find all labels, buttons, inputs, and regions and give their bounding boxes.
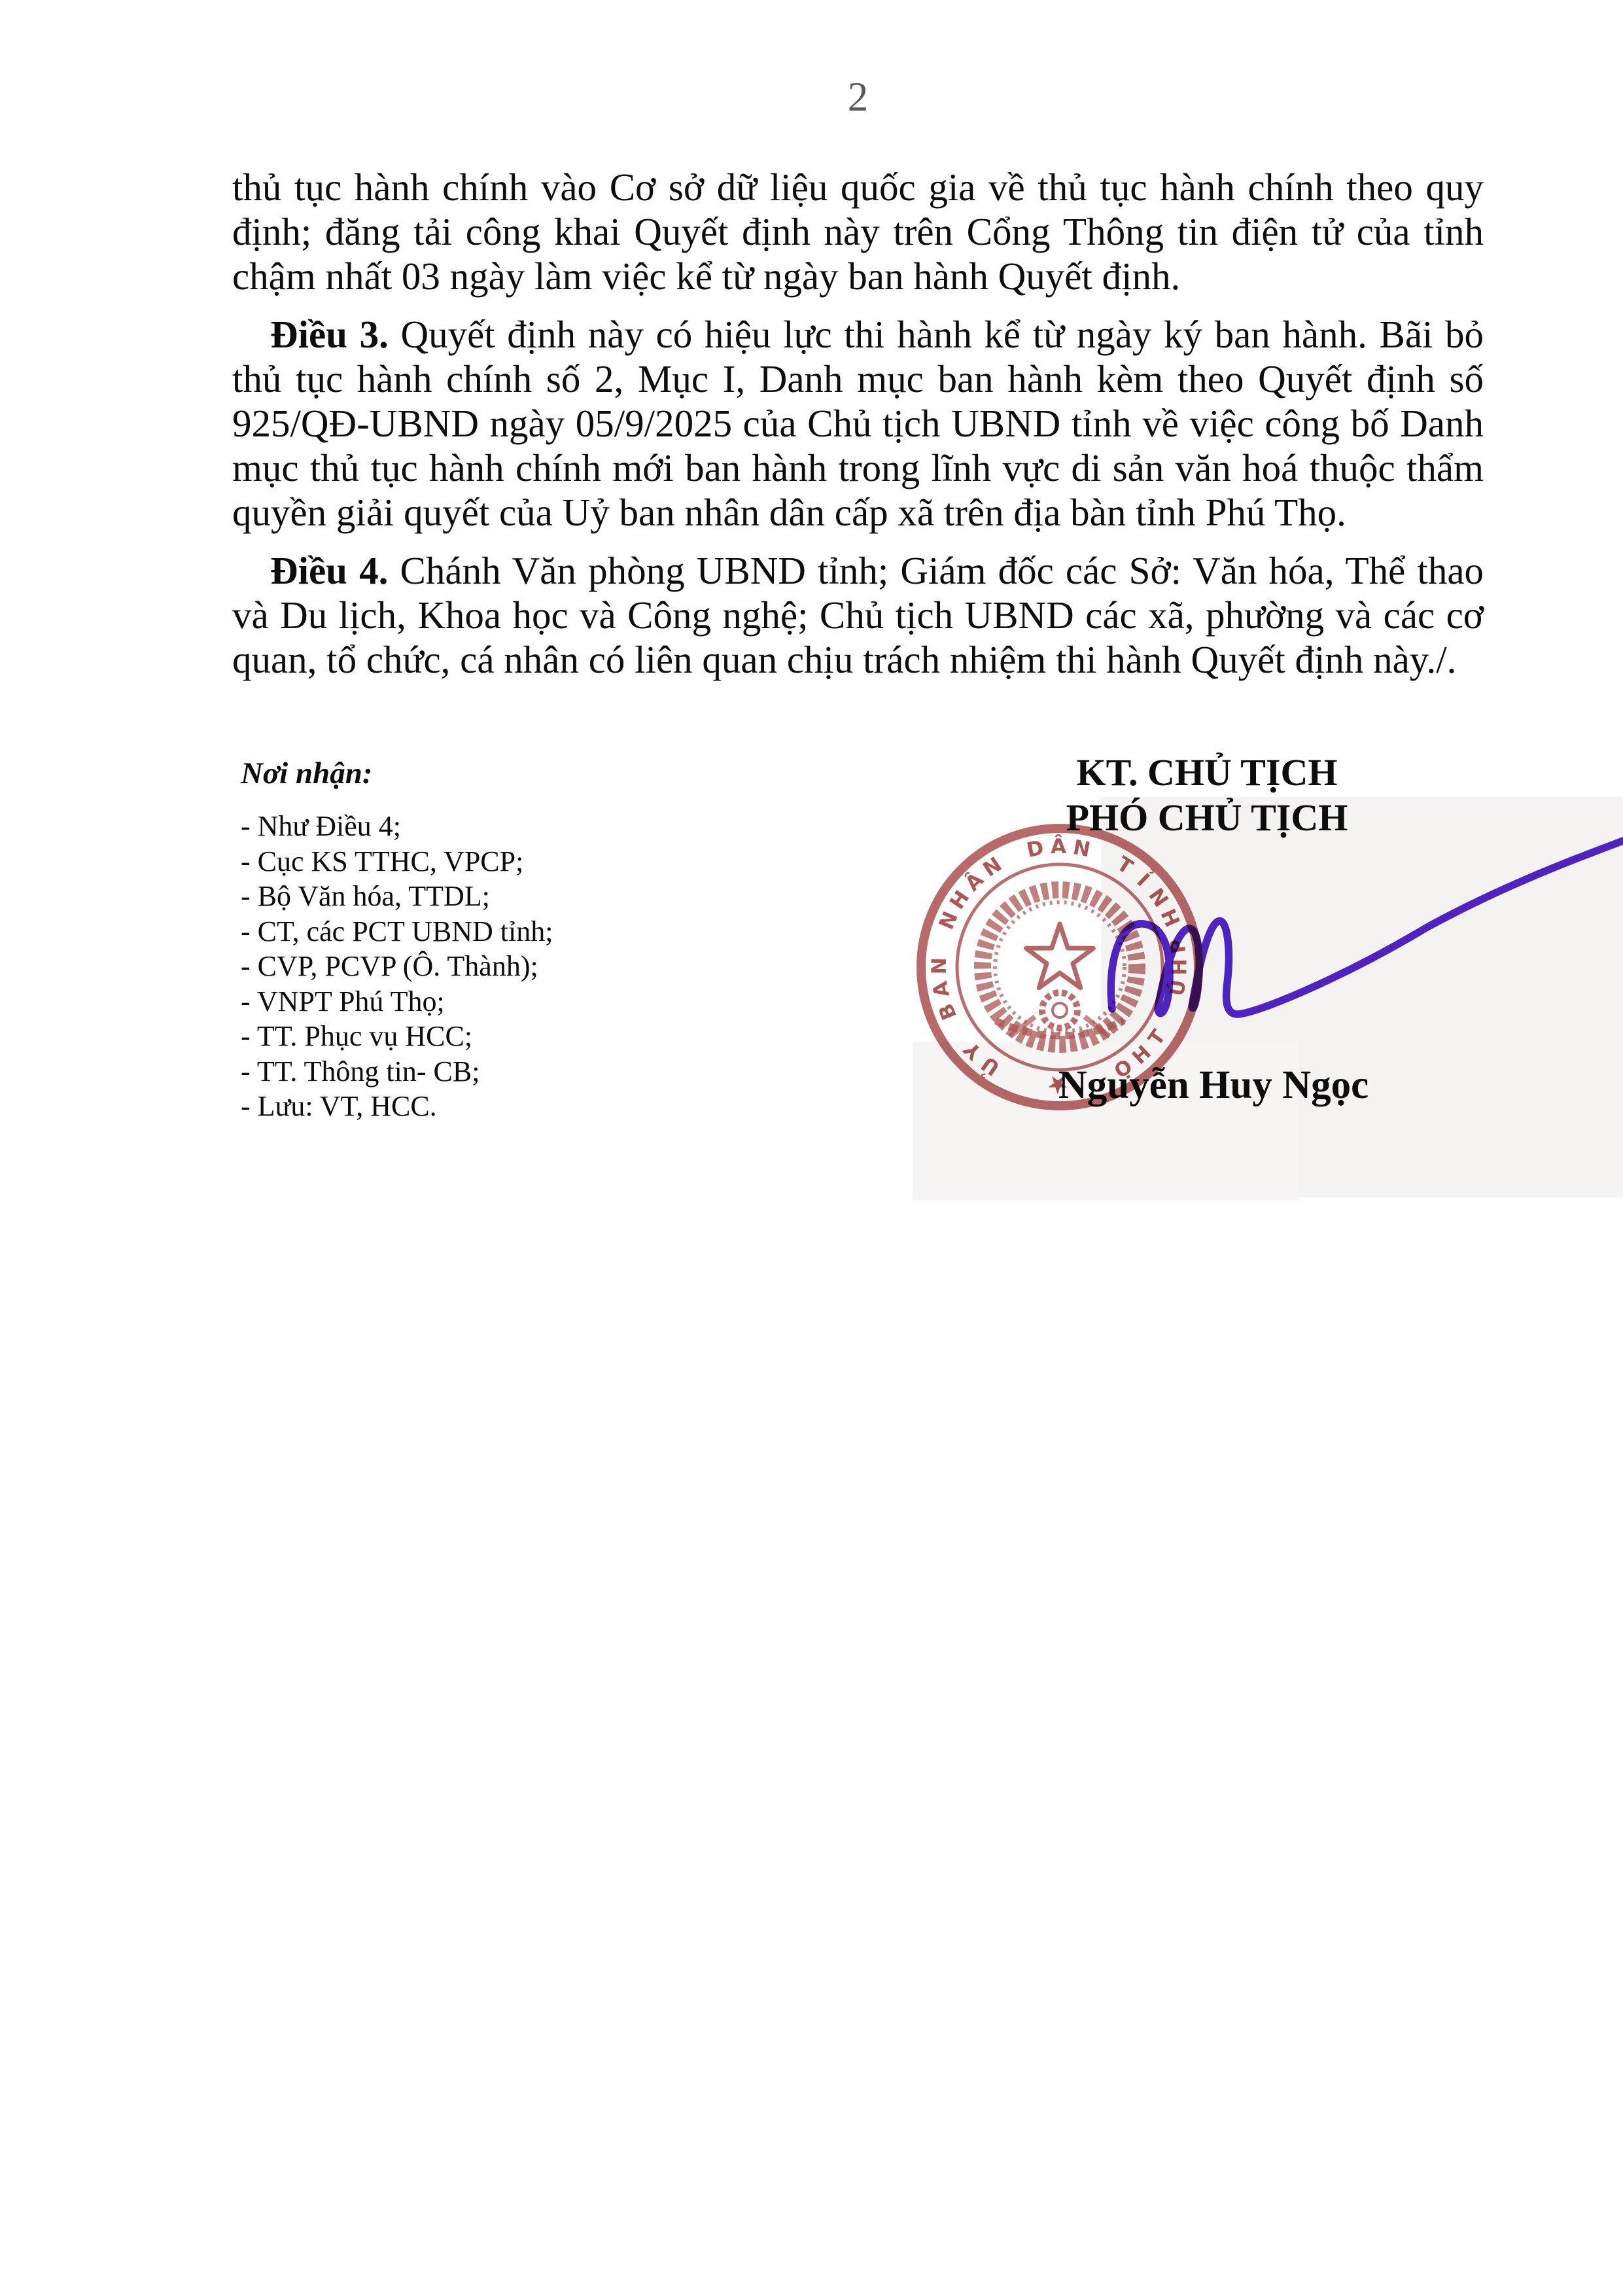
- recipient-item: - Như Điều 4;: [241, 809, 699, 844]
- recipient-item: - VNPT Phú Thọ;: [241, 984, 699, 1019]
- page-number: 2: [232, 73, 1484, 121]
- paragraph-lead: Điều 3.: [270, 313, 389, 356]
- svg-text:T: T: [1144, 1025, 1171, 1050]
- svg-text:A: A: [928, 980, 954, 999]
- svg-text:N: N: [935, 908, 963, 933]
- recipient-item: - Cục KS TTHC, VPCP;: [241, 844, 699, 879]
- body-paragraph: thủ tục hành chính vào Cơ sở dữ liệu quố…: [232, 165, 1484, 298]
- recipient-item: - TT. Phục vụ HCC;: [241, 1019, 699, 1054]
- svg-text:B: B: [934, 1000, 962, 1023]
- paragraph-text: thủ tục hành chính vào Cơ sở dữ liệu quố…: [232, 166, 1484, 298]
- svg-text:★: ★: [1046, 1070, 1069, 1100]
- recipients-title: Nơi nhận:: [241, 755, 699, 792]
- recipient-item: - Lưu: VT, HCC.: [241, 1089, 699, 1124]
- emblem-star-icon: [1026, 924, 1094, 988]
- recipients-block: Nơi nhận: - Như Điều 4; - Cục KS TTHC, V…: [241, 755, 699, 1124]
- document-page: 2 thủ tục hành chính vào Cơ sở dữ liệu q…: [0, 0, 1623, 2296]
- svg-text:Â: Â: [961, 868, 988, 896]
- recipient-item: - CT, các PCT UBND tỉnh;: [241, 914, 699, 949]
- paragraph-text: Quyết định này có hiệu lực thi hành kể t…: [232, 313, 1484, 534]
- emblem-gear-icon: [1042, 993, 1077, 1028]
- recipient-item: - Bộ Văn hóa, TTDL;: [241, 879, 699, 914]
- body-paragraph-dieu-3: Điều 3. Quyết định này có hiệu lực thi h…: [232, 312, 1484, 535]
- paragraph-text: Chánh Văn phòng UBND tỉnh; Giám đốc các …: [232, 549, 1484, 681]
- svg-text:N: N: [1071, 836, 1092, 862]
- recipient-item: - TT. Thông tin- CB;: [241, 1054, 699, 1089]
- signer-position-line1: KT. CHỦ TỊCH: [994, 750, 1420, 795]
- svg-text:D: D: [1024, 836, 1046, 862]
- document-body: thủ tục hành chính vào Cơ sở dữ liệu quố…: [232, 165, 1484, 696]
- paragraph-lead: Điều 4.: [270, 549, 388, 592]
- svg-text:N: N: [928, 957, 951, 974]
- handwritten-signature: [1104, 823, 1623, 1027]
- svg-text:Ọ: Ọ: [1110, 1055, 1136, 1083]
- recipient-item: - CVP, PCVP (Ô. Thành);: [241, 949, 699, 984]
- svg-text:Â: Â: [1051, 835, 1066, 858]
- body-paragraph-dieu-4: Điều 4. Chánh Văn phòng UBND tỉnh; Giám …: [232, 548, 1484, 682]
- signature-stroke: [1111, 841, 1623, 1014]
